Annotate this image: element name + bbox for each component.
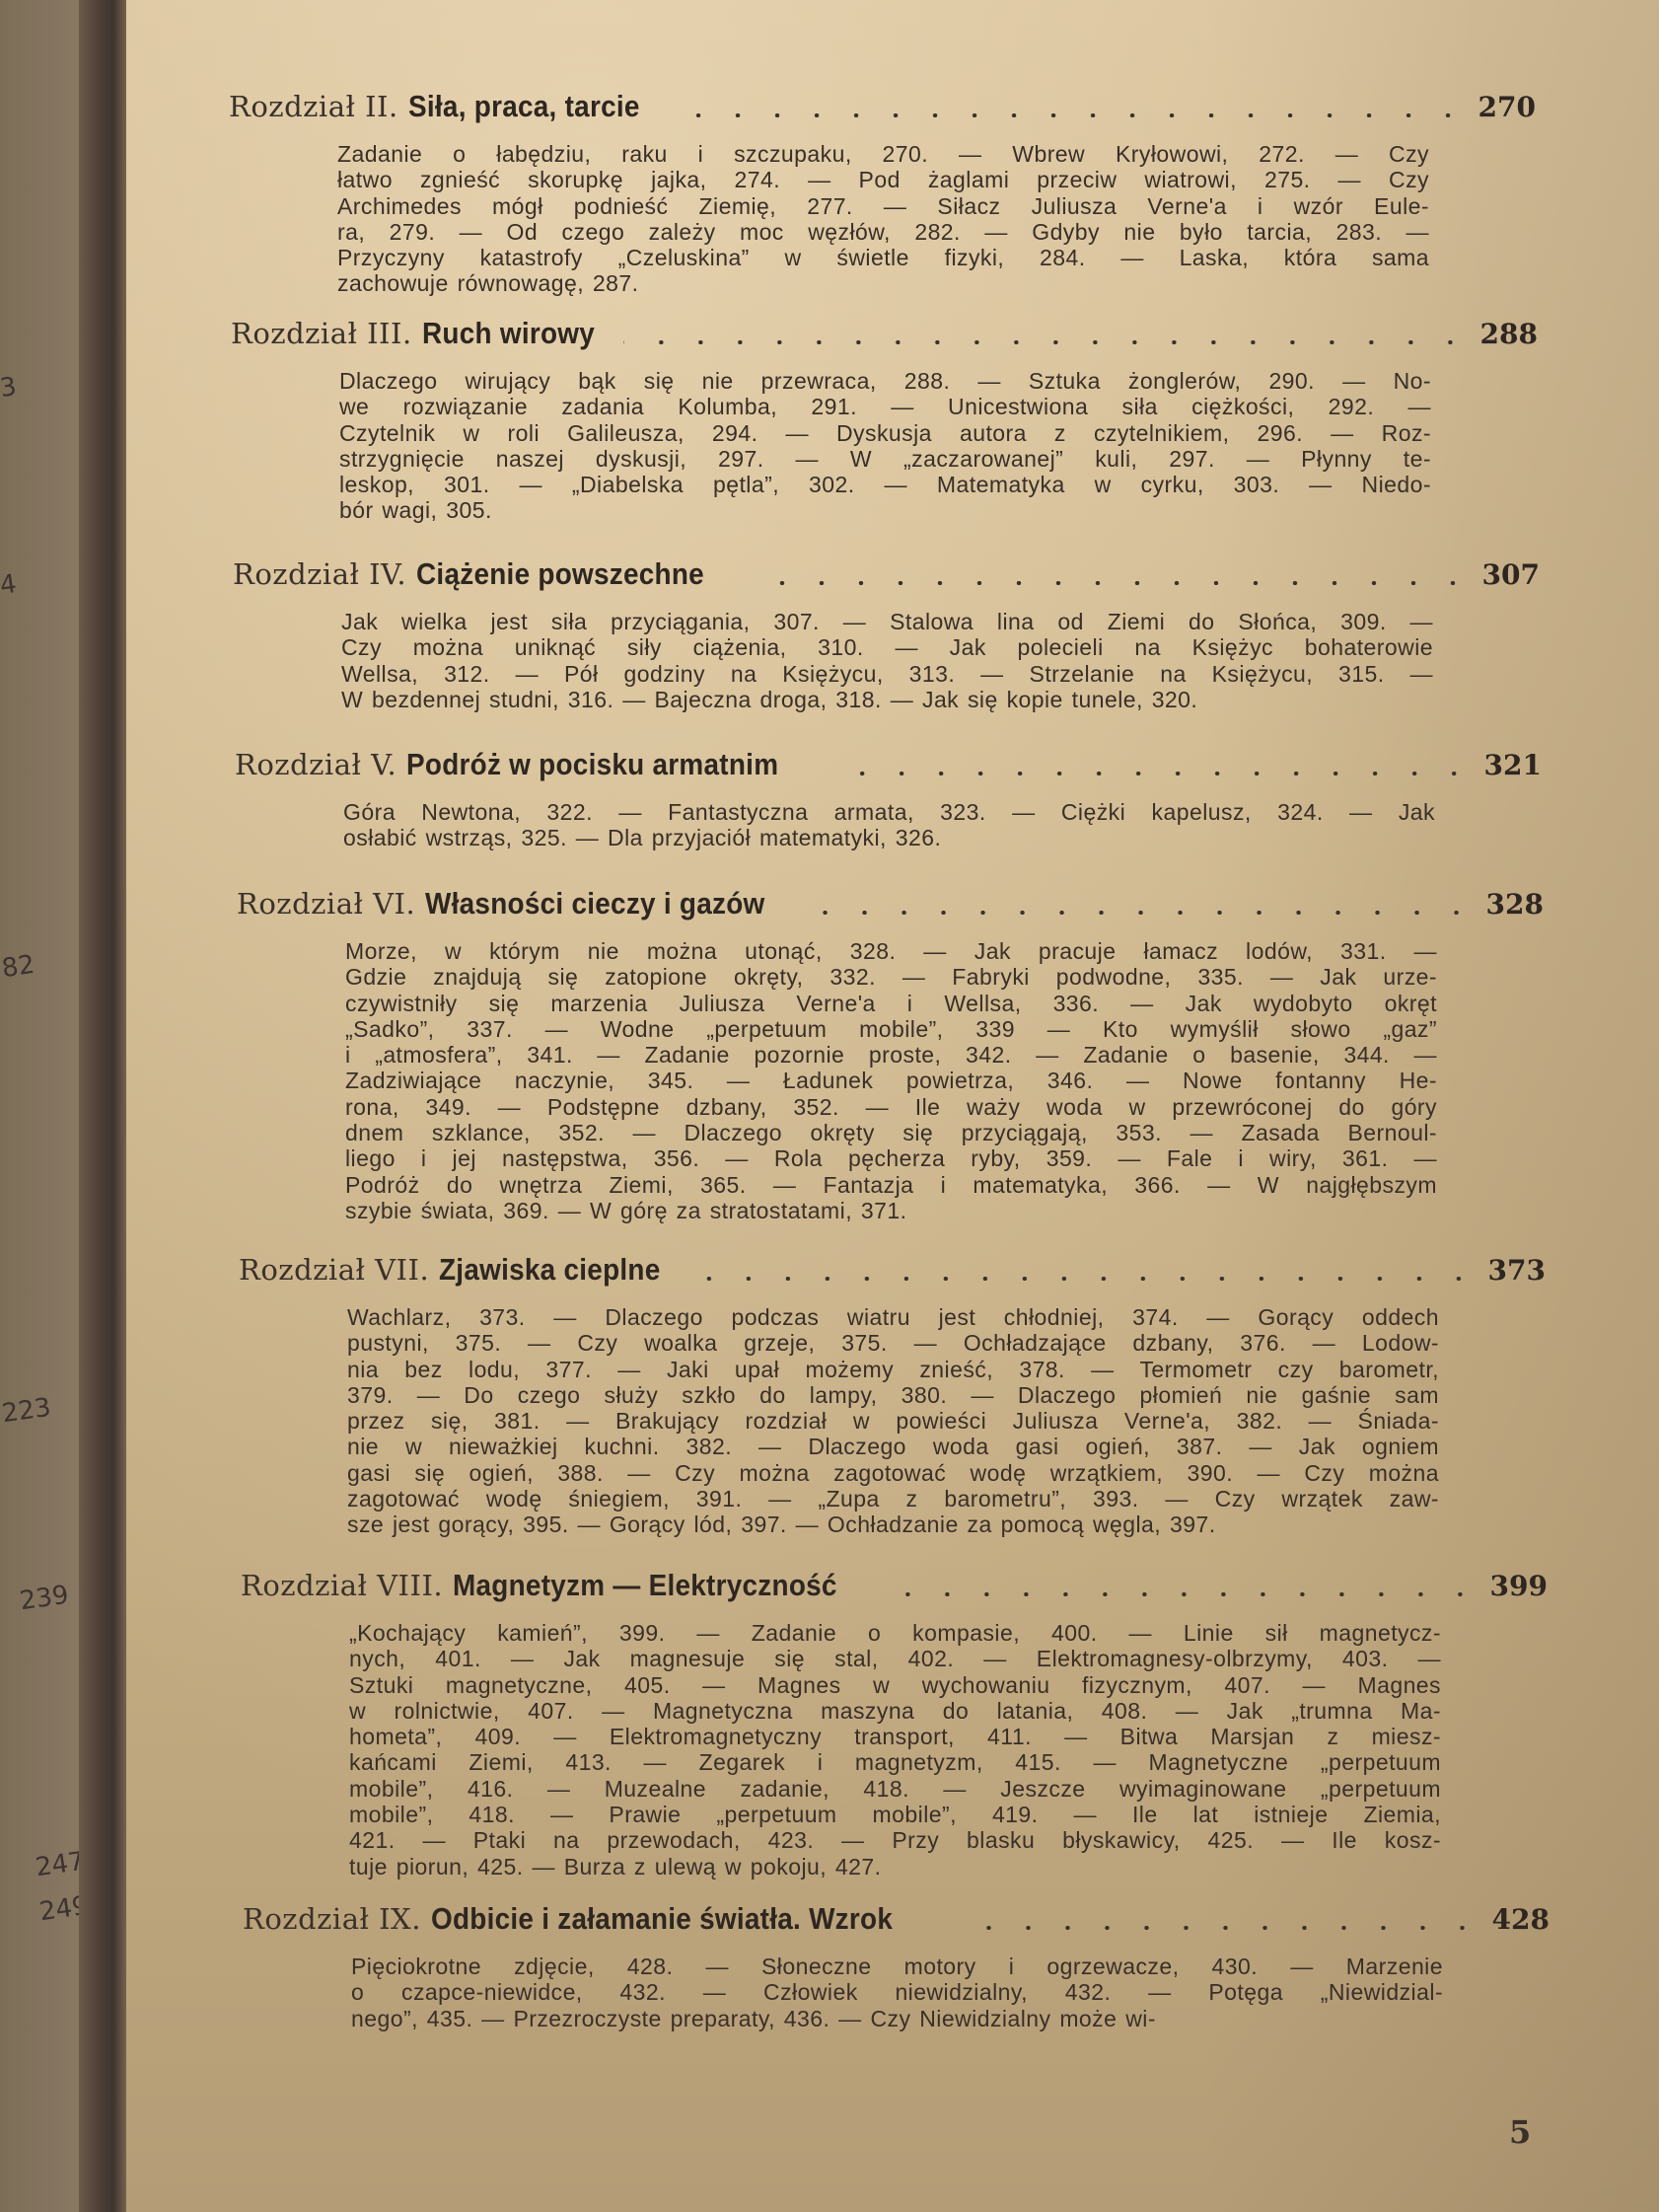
section-line: ra, 279. — Od czego zależy moc węzłów, 2… bbox=[337, 219, 1429, 245]
chapter-page-number: 307 bbox=[1482, 555, 1540, 595]
section-line: Przyczyny katastrofy „Czeluskina” w świe… bbox=[337, 245, 1429, 270]
section-line: pustyni, 375. — Czy woalka grzeje, 375. … bbox=[347, 1330, 1439, 1356]
section-line: Góra Newtona, 322. — Fantastyczna armata… bbox=[343, 799, 1435, 825]
section-line: hometa”, 409. — Elektromagnetyczny trans… bbox=[349, 1724, 1441, 1749]
section-line: „Sadko”, 337. — Wodne „perpetuum mobile”… bbox=[345, 1016, 1437, 1042]
section-line: Archimedes mógł podnieść Ziemię, 277. — … bbox=[337, 193, 1429, 219]
chapter-label: Rozdział VIII. bbox=[241, 1566, 443, 1605]
section-line: sze jest gorący, 395. — Gorący lód, 397.… bbox=[347, 1512, 1439, 1537]
dot-leader bbox=[695, 1277, 1479, 1281]
chapter-page-number: 373 bbox=[1488, 1251, 1546, 1290]
chapter-sections: Dlaczego wirujący bąk się nie przewraca,… bbox=[339, 368, 1431, 524]
section-line: czywistniły się marzenia Juliusza Verne'… bbox=[345, 991, 1437, 1016]
section-line: szybie świata, 369. — W górę za stratost… bbox=[345, 1198, 1437, 1223]
chapter-heading[interactable]: Rozdział VIII. Magnetyzm — Elektryczność… bbox=[241, 1566, 1548, 1606]
section-line: Podróż do wnętrza Ziemi, 365. — Fantazja… bbox=[345, 1172, 1437, 1198]
chapter-sections: Wachlarz, 373. — Dlaczego podczas wiatru… bbox=[347, 1304, 1439, 1538]
section-line: mobile”, 418. — Prawie „perpetuum mobile… bbox=[349, 1802, 1441, 1827]
toc-chapter: Rozdział IV. Ciążenie powszechne 307 Jak… bbox=[233, 554, 1540, 712]
toc-chapter: Rozdział II. Siła, praca, tarcie 270 Zad… bbox=[229, 87, 1536, 297]
margin-page-number: 82 bbox=[0, 950, 36, 984]
section-line: „Kochający kamień”, 399. — Zadanie o kom… bbox=[349, 1620, 1441, 1646]
chapter-title: Odbicie i załamanie światła. Wzrok bbox=[431, 1899, 893, 1939]
section-line: kańcami Ziemi, 413. — Zegarek i magnetyz… bbox=[349, 1749, 1441, 1775]
section-line: dnem szklance, 352. — Dlaczego okręty si… bbox=[345, 1120, 1437, 1145]
section-line: nych, 401. — Jak magnesuje się stal, 402… bbox=[349, 1646, 1441, 1671]
toc-chapter: Rozdział VI. Własności cieczy i gazów 32… bbox=[237, 884, 1544, 1223]
chapter-title: Magnetyzm — Elektryczność bbox=[453, 1566, 837, 1605]
section-line: osłabić wstrząs, 325. — Dla przyjaciół m… bbox=[343, 825, 1435, 850]
chapter-heading[interactable]: Rozdział V. Podróż w pocisku armatnim 32… bbox=[235, 745, 1542, 785]
section-line: Czytelnik w roli Galileusza, 294. — Dysk… bbox=[339, 420, 1431, 446]
chapter-sections: Pięciokrotne zdjęcie, 428. — Słoneczne m… bbox=[351, 1954, 1443, 2031]
section-line: tuje piorun, 425. — Burza z ulewą w poko… bbox=[349, 1854, 1441, 1880]
chapter-heading[interactable]: Rozdział III. Ruch wirowy 288 bbox=[231, 314, 1538, 354]
chapter-page-number: 321 bbox=[1484, 746, 1542, 785]
section-line: 421. — Ptaki na przewodach, 423. — Przy … bbox=[349, 1827, 1441, 1853]
section-line: Morze, w którym nie można utonąć, 328. —… bbox=[345, 938, 1437, 964]
section-line: łatwo zgnieść skorupkę jajka, 274. — Pod… bbox=[337, 167, 1429, 192]
chapter-sections: Góra Newtona, 322. — Fantastyczna armata… bbox=[343, 799, 1435, 851]
chapter-page-number: 288 bbox=[1480, 315, 1538, 354]
section-line: o czapce-niewidce, 432. — Człowiek niewi… bbox=[351, 1979, 1443, 2005]
chapter-heading[interactable]: Rozdział II. Siła, praca, tarcie 270 bbox=[229, 87, 1536, 127]
chapter-label: Rozdział IV. bbox=[233, 554, 406, 594]
toc-chapter: Rozdział VII. Zjawiska cieplne 373 Wachl… bbox=[239, 1250, 1546, 1538]
chapter-heading[interactable]: Rozdział VI. Własności cieczy i gazów 32… bbox=[237, 884, 1544, 924]
dot-leader bbox=[675, 113, 1468, 117]
dot-leader bbox=[623, 340, 1470, 344]
section-line: Wachlarz, 373. — Dlaczego podczas wiatru… bbox=[347, 1304, 1439, 1330]
section-line: w rolnictwie, 407. — Magnetyczna maszyna… bbox=[349, 1698, 1441, 1724]
chapter-sections: Morze, w którym nie można utonąć, 328. —… bbox=[345, 938, 1437, 1223]
section-line: bór wagi, 305. bbox=[339, 497, 1431, 523]
chapter-page-number: 399 bbox=[1490, 1567, 1548, 1606]
chapter-sections: „Kochający kamień”, 399. — Zadanie o kom… bbox=[349, 1620, 1441, 1880]
dot-leader bbox=[813, 911, 1477, 915]
section-line: zagotować wodę śniegiem, 391. — „Zupa z … bbox=[347, 1486, 1439, 1512]
section-line: gasi się ogień, 388. — Czy można zagotow… bbox=[347, 1460, 1439, 1486]
chapter-page-number: 428 bbox=[1492, 1900, 1550, 1940]
book-gutter-shadow bbox=[79, 0, 128, 2212]
chapter-heading[interactable]: Rozdział IV. Ciążenie powszechne 307 bbox=[233, 554, 1540, 595]
dot-leader bbox=[954, 1926, 1481, 1930]
section-line: mobile”, 416. — Muzealne zadanie, 418. —… bbox=[349, 1776, 1441, 1802]
section-line: przez się, 381. — Brakujący rozdział w p… bbox=[347, 1408, 1439, 1434]
chapter-sections: Jak wielka jest siła przyciągania, 307. … bbox=[341, 609, 1433, 712]
chapter-label: Rozdział VI. bbox=[237, 884, 415, 923]
section-line: Pięciokrotne zdjęcie, 428. — Słoneczne m… bbox=[351, 1954, 1443, 1979]
chapter-label: Rozdział IX. bbox=[243, 1899, 421, 1939]
section-line: 379. — Do czego służy szkło do lampy, 38… bbox=[347, 1382, 1439, 1408]
chapter-sections: Zadanie o łabędziu, raku i szczupaku, 27… bbox=[337, 141, 1429, 297]
chapter-title: Zjawiska cieplne bbox=[439, 1250, 661, 1290]
chapter-label: Rozdział VII. bbox=[239, 1250, 429, 1290]
section-line: strzygnięcie naszej dyskusji, 297. — W „… bbox=[339, 446, 1431, 472]
section-line: nia bez lodu, 377. — Jaki upał możemy zn… bbox=[347, 1357, 1439, 1382]
chapter-title: Własności cieczy i gazów bbox=[425, 884, 765, 923]
section-line: nie w nieważkiej kuchni. 382. — Dlaczego… bbox=[347, 1434, 1439, 1459]
dot-leader bbox=[829, 772, 1474, 775]
section-line: Gdzie znajdują się zatopione okręty, 332… bbox=[345, 964, 1437, 990]
section-line: zachowuje równowagę, 287. bbox=[337, 270, 1429, 296]
page-number: 5 bbox=[1509, 2113, 1531, 2151]
toc-chapter: Rozdział V. Podróż w pocisku armatnim 32… bbox=[235, 745, 1542, 851]
section-line: we rozwiązanie zadania Kolumba, 291. — U… bbox=[339, 394, 1431, 419]
chapter-label: Rozdział II. bbox=[229, 87, 398, 126]
chapter-heading[interactable]: Rozdział VII. Zjawiska cieplne 373 bbox=[239, 1250, 1546, 1290]
chapter-page-number: 270 bbox=[1479, 88, 1536, 127]
section-line: Zadziwiające naczynie, 345. — Ładunek po… bbox=[345, 1068, 1437, 1093]
dot-leader bbox=[890, 1592, 1479, 1596]
chapter-title: Podróż w pocisku armatnim bbox=[406, 745, 778, 784]
toc-chapter: Rozdział IX. Odbicie i załamanie światła… bbox=[243, 1899, 1550, 2031]
chapter-label: Rozdział III. bbox=[231, 314, 412, 353]
section-line: Jak wielka jest siła przyciągania, 307. … bbox=[341, 609, 1433, 634]
section-line: Wellsa, 312. — Pół godziny na Księżycu, … bbox=[341, 661, 1433, 687]
section-line: leskop, 301. — „Diabelska pętla”, 302. —… bbox=[339, 472, 1431, 497]
section-line: Zadanie o łabędziu, raku i szczupaku, 27… bbox=[337, 141, 1429, 167]
toc-chapter: Rozdział VIII. Magnetyzm — Elektryczność… bbox=[241, 1566, 1548, 1880]
section-line: rona, 349. — Podstępne dzbany, 352. — Il… bbox=[345, 1094, 1437, 1120]
section-line: Czy można uniknąć siły ciążenia, 310. — … bbox=[341, 634, 1433, 660]
section-line: Dlaczego wirujący bąk się nie przewraca,… bbox=[339, 368, 1431, 394]
chapter-page-number: 328 bbox=[1486, 885, 1544, 924]
chapter-label: Rozdział V. bbox=[235, 745, 397, 784]
section-line: i „atmosfera”, 341. — Zadanie pozornie p… bbox=[345, 1042, 1437, 1068]
dot-leader bbox=[747, 581, 1473, 585]
chapter-heading[interactable]: Rozdział IX. Odbicie i załamanie światła… bbox=[243, 1899, 1550, 1940]
section-line: nego”, 435. — Przezroczyste preparaty, 4… bbox=[351, 2006, 1443, 2031]
toc-chapter: Rozdział III. Ruch wirowy 288 Dlaczego w… bbox=[231, 314, 1538, 524]
chapter-title: Ciążenie powszechne bbox=[416, 554, 704, 594]
section-line: liego i jej następstwa, 356. — Rola pęch… bbox=[345, 1145, 1437, 1171]
section-line: W bezdennej studni, 316. — Bajeczna drog… bbox=[341, 687, 1433, 712]
section-line: Sztuki magnetyczne, 405. — Magnes w wych… bbox=[349, 1672, 1441, 1698]
chapter-title: Ruch wirowy bbox=[422, 314, 595, 353]
chapter-title: Siła, praca, tarcie bbox=[408, 87, 640, 126]
